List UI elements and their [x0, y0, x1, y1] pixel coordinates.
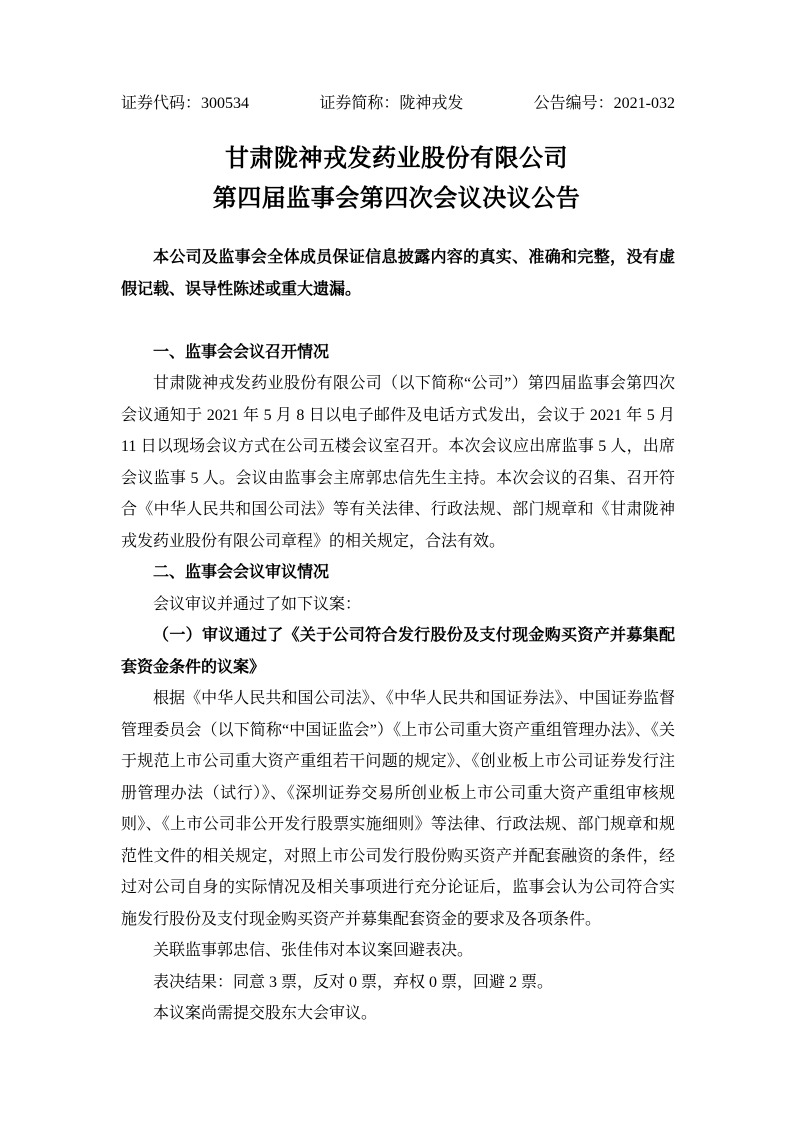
- proposal-1-paragraph: 根据《中华人民共和国公司法》、《中华人民共和国证券法》、中国证券监督管理委员会（…: [121, 683, 675, 935]
- document-body: 本公司及监事会全体成员保证信息披露内容的真实、准确和完整，没有虚假记载、误导性陈…: [121, 242, 675, 1030]
- section-1-heading: 一、监事会会议召开情况: [121, 337, 675, 369]
- vote-result: 表决结果：同意 3 票，反对 0 票，弃权 0 票，回避 2 票。: [121, 967, 675, 999]
- document-header: 证券代码：300534 证券简称：陇神戎发 公告编号：2021-032: [121, 0, 675, 115]
- header-stock-name: 证券简称：陇神戎发: [319, 93, 463, 115]
- header-stock-code: 证券代码：300534: [121, 93, 249, 115]
- proposal-1-heading: （一）审议通过了《关于公司符合发行股份及支付现金购买资产并募集配套资金条件的议案…: [121, 620, 675, 683]
- header-announcement-no: 公告编号：2021-032: [534, 93, 675, 115]
- document-title: 甘肃陇神戎发药业股份有限公司 第四届监事会第四次会议决议公告: [0, 139, 793, 219]
- document-title-line2: 第四届监事会第四次会议决议公告: [0, 179, 793, 219]
- section-2-intro: 会议审议并通过了如下议案：: [121, 589, 675, 621]
- document-title-line1: 甘肃陇神戎发药业股份有限公司: [0, 139, 793, 179]
- section-2-heading: 二、监事会会议审议情况: [121, 557, 675, 589]
- document-page: 证券代码：300534 证券简称：陇神戎发 公告编号：2021-032 甘肃陇神…: [0, 0, 793, 1122]
- recusal-note: 关联监事郭忠信、张佳伟对本议案回避表决。: [121, 935, 675, 967]
- disclaimer-paragraph: 本公司及监事会全体成员保证信息披露内容的真实、准确和完整，没有虚假记载、误导性陈…: [121, 242, 675, 305]
- section-1-paragraph: 甘肃陇神戎发药业股份有限公司（以下简称“公司”）第四届监事会第四次会议通知于 2…: [121, 368, 675, 557]
- shareholder-meeting-note: 本议案尚需提交股东大会审议。: [121, 998, 675, 1030]
